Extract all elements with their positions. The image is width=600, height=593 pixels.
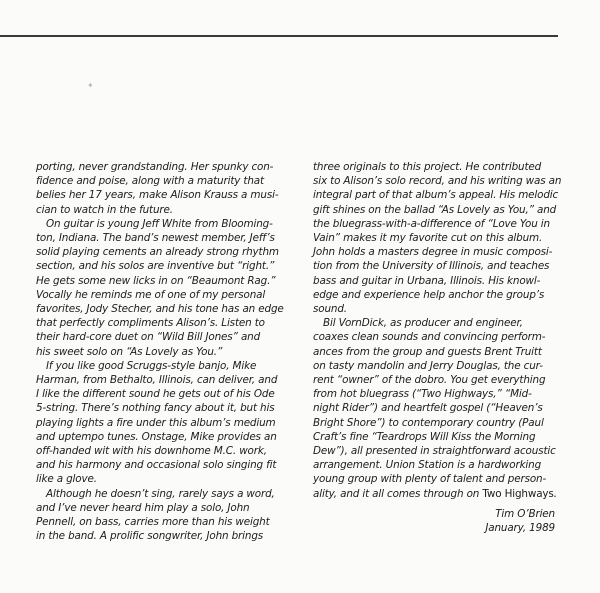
text-line: six to Alison’s solo record, and his wri…: [313, 174, 563, 188]
text-line: rent “owner” of the dobro. You get every…: [313, 373, 563, 387]
signature-author: Tim O’Brien: [313, 507, 555, 521]
text-line: like a glove.: [36, 472, 286, 486]
text-line: in the band. A prolific songwriter, John…: [36, 529, 286, 543]
text-line: the bluegrass-with-a-difference of “Love…: [313, 217, 563, 231]
text-line: that perfectly compliments Alison’s. Lis…: [36, 316, 286, 330]
text-line: arrangement. Union Station is a hardwork…: [313, 458, 563, 472]
text-line: sound.: [313, 302, 563, 316]
text-line: section, and his solos are inventive but…: [36, 259, 286, 273]
text-line: Pennell, on bass, carries more than his …: [36, 515, 286, 529]
text-line: Dew”), all presented in straightforward …: [313, 444, 563, 458]
text-line: John holds a masters degree in music com…: [313, 245, 563, 259]
text-line: Bright Shore”) to contemporary country (…: [313, 416, 563, 430]
text-line: three originals to this project. He cont…: [313, 160, 563, 174]
text-line: gift shines on the ballad “As Lovely as …: [313, 203, 563, 217]
print-speck-decoration: ✦: [87, 81, 94, 90]
horizontal-rule: [0, 35, 558, 37]
text-line: integral part of that album’s appeal. Hi…: [313, 188, 563, 202]
text-line: on tasty mandolin and Jerry Douglas, the…: [313, 359, 563, 373]
text-line: Vain” makes it my favorite cut on this a…: [313, 231, 563, 245]
final-line-prefix: ality, and it all comes through on: [313, 488, 482, 500]
text-line: He gets some new licks in on “Beaumont R…: [36, 274, 286, 288]
text-line: Harman, from Bethalto, Illinois, can del…: [36, 373, 286, 387]
text-line: belies her 17 years, make Alison Krauss …: [36, 188, 286, 202]
final-text-line: ality, and it all comes through on Two H…: [313, 487, 563, 501]
text-line: 5-string. There’s nothing fancy about it…: [36, 401, 286, 415]
text-line: their hard-core duet on “Wild Bill Jones…: [36, 330, 286, 344]
text-line: cian to watch in the future.: [36, 203, 286, 217]
text-line: fidence and poise, along with a maturity…: [36, 174, 286, 188]
text-line: porting, never grandstanding. Her spunky…: [36, 160, 286, 174]
paragraph-start-line: Bil VornDick, as producer and engineer,: [313, 316, 563, 330]
signature-block: Tim O’Brien January, 1989: [313, 507, 563, 535]
album-title: Two Highways: [482, 488, 553, 500]
text-line: and I’ve never heard him play a solo, Jo…: [36, 501, 286, 515]
text-line: night Rider”) and heartfelt gospel (“Hea…: [313, 401, 563, 415]
text-line: Craft’s fine “Teardrops Will Kiss the Mo…: [313, 430, 563, 444]
paragraph-start-line: Although he doesn’t sing, rarely says a …: [36, 487, 286, 501]
text-line: bass and guitar in Urbana, Illinois. His…: [313, 274, 563, 288]
signature-date: January, 1989: [313, 521, 555, 535]
text-line: ances from the group and guests Brent Tr…: [313, 345, 563, 359]
text-line: off-handed wit with his downhome M.C. wo…: [36, 444, 286, 458]
text-line: ton, Indiana. The band’s newest member, …: [36, 231, 286, 245]
final-line-suffix: .: [554, 488, 557, 500]
text-line: young group with plenty of talent and pe…: [313, 472, 563, 486]
text-line: edge and experience help anchor the grou…: [313, 288, 563, 302]
text-line: favorites, Jody Stecher, and his tone ha…: [36, 302, 286, 316]
text-line: Vocally he reminds me of one of my perso…: [36, 288, 286, 302]
text-line: and his harmony and occasional solo sing…: [36, 458, 286, 472]
text-line: and uptempo tunes. Onstage, Mike provide…: [36, 430, 286, 444]
text-line: solid playing cements an already strong …: [36, 245, 286, 259]
text-line: from hot bluegrass (“Two Highways,” “Mid…: [313, 387, 563, 401]
text-line: coaxes clean sounds and convincing perfo…: [313, 330, 563, 344]
paragraph-start-line: On guitar is young Jeff White from Bloom…: [36, 217, 286, 231]
text-line: his sweet solo on “As Lovely as You.”: [36, 345, 286, 359]
text-line: playing lights a fire under this album’s…: [36, 416, 286, 430]
text-line: I like the different sound he gets out o…: [36, 387, 286, 401]
left-text-column: porting, never grandstanding. Her spunky…: [36, 160, 286, 543]
paragraph-start-line: If you like good Scruggs-style banjo, Mi…: [36, 359, 286, 373]
right-text-column: three originals to this project. He cont…: [313, 160, 563, 535]
text-line: tion from the University of Illinois, an…: [313, 259, 563, 273]
